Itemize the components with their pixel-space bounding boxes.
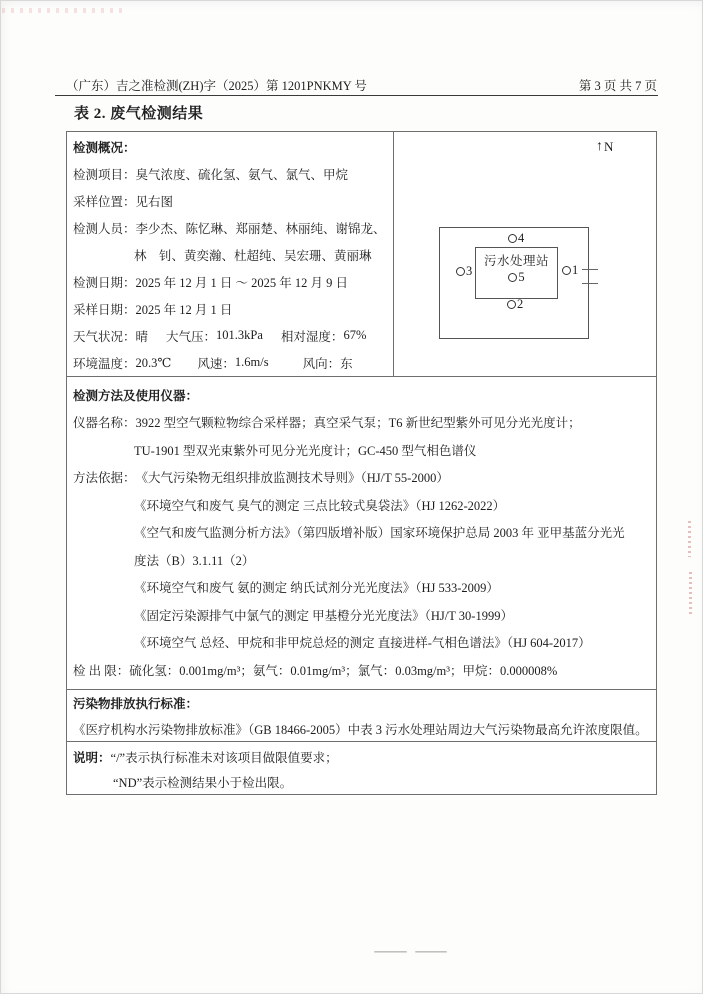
analyte-limit: 0.001mg/m³ bbox=[179, 664, 240, 678]
sampling-location-row: 采样位置： 见右图 bbox=[73, 188, 389, 215]
detection-limit-item: 硫化氢：0.001mg/m³； bbox=[129, 661, 253, 679]
separator: ； bbox=[450, 664, 463, 678]
detection-limit-item: 氯气：0.03mg/m³； bbox=[358, 661, 463, 679]
method-basis-line: 度法（B）3.1.11（2） bbox=[134, 551, 254, 569]
analyte-name: 甲烷： bbox=[463, 664, 501, 678]
north-arrow-icon: ↑ bbox=[596, 139, 603, 155]
method-basis-row: 《环境空气和废气 臭气的测定 三点比较式臭袋法》（HJ 1262-2022） bbox=[73, 491, 650, 519]
method-basis-line: 《固定污染源排气中氯气的测定 甲基橙分光光度法》（HJ/T 30-1999） bbox=[134, 606, 513, 624]
weather-label: 天气状况： bbox=[73, 327, 136, 345]
separator: ； bbox=[240, 664, 253, 678]
test-date-label: 检测日期： bbox=[73, 273, 136, 291]
analyte-limit: 0.01mg/m³ bbox=[290, 664, 345, 678]
ambient-temp-label: 环境温度： bbox=[73, 354, 136, 372]
instruments-row: 仪器名称： 3922 型空气颗粒物综合采样器；真空采气泵；T6 新世纪型紫外可见… bbox=[73, 409, 650, 437]
point-circle-icon bbox=[508, 273, 517, 282]
margin-stamp-mark bbox=[688, 521, 691, 557]
header-rule bbox=[55, 95, 658, 96]
sampling-point-2: 2 bbox=[507, 298, 523, 311]
standards-heading: 污染物排放执行标准： bbox=[73, 690, 650, 716]
notes-section: 说明： “/”表示执行标准未对该项目做限值要求； “ND”表示检测结果小于检出限… bbox=[67, 741, 656, 794]
point-number: 3 bbox=[466, 265, 472, 278]
instruments-line1: 3922 型空气颗粒物综合采样器；真空采气泵；T6 新世纪型紫外可见分光光度计； bbox=[136, 413, 581, 431]
method-basis-row: 方法依据： 《大气污染物无组织排放监测技术导则》（HJ/T 55-2000） bbox=[73, 464, 650, 492]
overview-heading: 检测概况： bbox=[73, 134, 389, 161]
notes-row: 说明： “/”表示执行标准未对该项目做限值要求； bbox=[73, 744, 650, 769]
north-indicator: ↑ N bbox=[596, 139, 613, 155]
test-items-row: 检测项目： 臭气浓度、硫化氢、氨气、氯气、甲烷 bbox=[73, 161, 389, 188]
point-circle-icon bbox=[456, 267, 465, 276]
fold-mark bbox=[374, 951, 407, 953]
notes-line1: “/”表示执行标准未对该项目做限值要求； bbox=[111, 748, 338, 766]
methods-heading: 检测方法及使用仪器： bbox=[73, 381, 650, 409]
sample-date-row: 采样日期： 2025 年 12 月 1 日 bbox=[73, 295, 389, 322]
report-number: （广东）吉之准检测(ZH)字（2025）第 1201PNKMY 号 bbox=[66, 76, 367, 94]
analyte-limit: 0.000008% bbox=[500, 664, 557, 678]
weather-row: 天气状况： 晴 大气压： 101.3kPa 相对湿度： 67% bbox=[73, 322, 389, 349]
test-items-value: 臭气浓度、硫化氢、氨气、氯气、甲烷 bbox=[136, 165, 349, 183]
sampling-point-3: 3 bbox=[456, 265, 472, 278]
overview-text-cell: 检测概况： 检测项目： 臭气浓度、硫化氢、氨气、氯气、甲烷 采样位置： 见右图 … bbox=[67, 132, 393, 376]
gate-mark bbox=[582, 283, 598, 284]
standards-section: 污染物排放执行标准： 《医疗机构水污染物排放标准》（GB 18466-2005）… bbox=[67, 689, 656, 741]
point-number: 2 bbox=[517, 298, 523, 311]
method-basis-line: 《空气和废气监测分析方法》（第四版增补版）国家环境保护总局 2003 年 亚甲基… bbox=[134, 523, 625, 541]
sampling-location-value: 见右图 bbox=[136, 192, 174, 210]
personnel-label: 检测人员： bbox=[73, 219, 136, 237]
ambient-temp-value: 20.3℃ bbox=[136, 355, 172, 371]
personnel-row: 检测人员： 李少杰、陈忆琳、郑丽楚、林丽纯、谢锦龙、 bbox=[73, 215, 389, 242]
test-date-value: 2025 年 12 月 1 日 ～ 2025 年 12 月 9 日 bbox=[136, 273, 349, 291]
point-number: 4 bbox=[518, 232, 524, 245]
wind-dir-label: 风向： bbox=[303, 354, 341, 372]
method-basis-row: 《环境空气 总烃、甲烷和非甲烷总烃的测定 直接进样-气相色谱法》（HJ 604-… bbox=[73, 629, 650, 657]
detection-limit-row: 检 出 限： 硫化氢：0.001mg/m³； 氨气：0.01mg/m³； 氯气：… bbox=[73, 656, 650, 684]
gate-mark bbox=[582, 269, 598, 270]
humidity-value: 67% bbox=[343, 328, 366, 343]
test-date-row: 检测日期： 2025 年 12 月 1 日 ～ 2025 年 12 月 9 日 bbox=[73, 268, 389, 295]
ambient-row: 环境温度： 20.3℃ 风速： 1.6m/s 风向： 东 bbox=[73, 349, 389, 376]
point-number: 1 bbox=[572, 264, 578, 277]
humidity-label: 相对湿度： bbox=[281, 327, 344, 345]
sample-date-label: 采样日期： bbox=[73, 300, 136, 318]
notes-row-continued: “ND”表示检测结果小于检出限。 bbox=[73, 769, 650, 794]
instruments-row-continued: TU-1901 型双光束紫外可见分光光度计；GC-450 型气相色谱仪 bbox=[73, 436, 650, 464]
detection-limit-label: 检 出 限： bbox=[73, 661, 129, 679]
pressure-label: 大气压： bbox=[166, 327, 216, 345]
instruments-label: 仪器名称： bbox=[73, 413, 136, 431]
point-circle-icon bbox=[562, 266, 571, 275]
personnel-names-line1: 李少杰、陈忆琳、郑丽楚、林丽纯、谢锦龙、 bbox=[136, 219, 386, 237]
method-basis-line: 《环境空气和废气 臭气的测定 三点比较式臭袋法》（HJ 1262-2022） bbox=[134, 496, 505, 514]
analyte-name: 氨气： bbox=[253, 664, 291, 678]
point-circle-icon bbox=[507, 300, 516, 309]
method-basis-row: 度法（B）3.1.11（2） bbox=[73, 546, 650, 574]
sampling-site-diagram: ↑ N 污水处理站 5 4 3 bbox=[393, 132, 656, 376]
analyte-name: 氯气： bbox=[358, 664, 396, 678]
treatment-station-box: 污水处理站 5 bbox=[475, 247, 558, 299]
personnel-names-line2: 林 钊、黄奕瀚、杜超纯、吴宏珊、黄丽琳 bbox=[134, 246, 372, 264]
exhaust-gas-result-table: 检测概况： 检测项目： 臭气浓度、硫化氢、氨气、氯气、甲烷 采样位置： 见右图 … bbox=[66, 131, 657, 795]
method-basis-line: 《大气污染物无组织排放监测技术导则》（HJ/T 55-2000） bbox=[136, 468, 449, 486]
table-title: 表 2. 废气检测结果 bbox=[74, 102, 203, 123]
pressure-value: 101.3kPa bbox=[216, 328, 263, 343]
method-basis-row: 《固定污染源排气中氯气的测定 甲基橙分光光度法》（HJ/T 30-1999） bbox=[73, 601, 650, 629]
point-number: 5 bbox=[518, 271, 524, 284]
notes-label: 说明： bbox=[73, 748, 111, 766]
wind-speed-label: 风速： bbox=[197, 354, 235, 372]
method-basis-row: 《空气和废气监测分析方法》（第四版增补版）国家环境保护总局 2003 年 亚甲基… bbox=[73, 519, 650, 547]
north-label: N bbox=[604, 139, 613, 155]
sampling-location-label: 采样位置： bbox=[73, 192, 136, 210]
sampling-point-4: 4 bbox=[508, 232, 524, 245]
overview-section: 检测概况： 检测项目： 臭气浓度、硫化氢、氨气、氯气、甲烷 采样位置： 见右图 … bbox=[67, 132, 656, 376]
sample-date-value: 2025 年 12 月 1 日 bbox=[136, 300, 233, 318]
sampling-point-5: 5 bbox=[508, 271, 524, 284]
personnel-row-continued: 林 钊、黄奕瀚、杜超纯、吴宏珊、黄丽琳 bbox=[73, 242, 389, 269]
instruments-line2: TU-1901 型双光束紫外可见分光光度计；GC-450 型气相色谱仪 bbox=[134, 441, 476, 459]
page-number: 第 3 页 共 7 页 bbox=[579, 76, 657, 94]
fold-mark bbox=[415, 951, 447, 953]
separator: ； bbox=[345, 664, 358, 678]
page-header: （广东）吉之准检测(ZH)字（2025）第 1201PNKMY 号 第 3 页 … bbox=[66, 76, 657, 94]
sampling-point-1: 1 bbox=[562, 264, 578, 277]
test-items-label: 检测项目： bbox=[73, 165, 136, 183]
method-basis-line: 《环境空气和废气 氨的测定 纳氏试剂分光光度法》（HJ 533-2009） bbox=[134, 578, 499, 596]
station-label: 污水处理站 bbox=[484, 251, 549, 269]
method-basis-line: 《环境空气 总烃、甲烷和非甲烷总烃的测定 直接进样-气相色谱法》（HJ 604-… bbox=[134, 633, 591, 651]
scan-artifact-top-left bbox=[2, 8, 122, 13]
point-circle-icon bbox=[508, 234, 517, 243]
analyte-limit: 0.03mg/m³ bbox=[395, 664, 450, 678]
analyte-name: 硫化氢： bbox=[129, 664, 179, 678]
detection-limit-item: 甲烷：0.000008% bbox=[463, 661, 558, 679]
margin-stamp-mark bbox=[689, 572, 692, 614]
notes-line2: “ND”表示检测结果小于检出限。 bbox=[113, 773, 292, 791]
detection-limit-item: 氨气：0.01mg/m³； bbox=[253, 661, 358, 679]
wind-dir-value: 东 bbox=[340, 354, 353, 372]
wind-speed-value: 1.6m/s bbox=[235, 355, 269, 370]
method-basis-row: 《环境空气和废气 氨的测定 纳氏试剂分光光度法》（HJ 533-2009） bbox=[73, 574, 650, 602]
method-basis-label: 方法依据： bbox=[73, 468, 136, 486]
weather-value: 晴 bbox=[136, 327, 149, 345]
methods-section: 检测方法及使用仪器： 仪器名称： 3922 型空气颗粒物综合采样器；真空采气泵；… bbox=[67, 376, 656, 689]
standards-text: 《医疗机构水污染物排放标准》（GB 18466-2005）中表 3 污水处理站周… bbox=[73, 716, 650, 742]
